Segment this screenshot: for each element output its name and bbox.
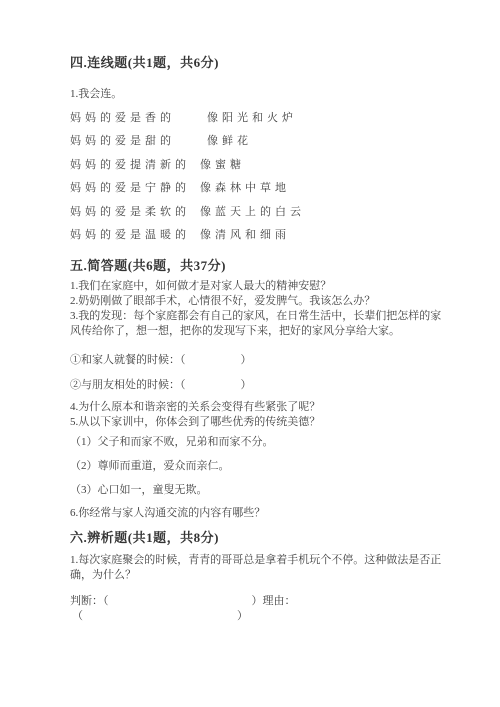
- matching-row: 妈妈的爱是宁静的 像森林中草地: [70, 181, 448, 196]
- fill-blank-1: ①和家人就餐的时候：（ ）: [70, 353, 448, 368]
- matching-row: 妈妈的爱是甜的 像鲜花: [70, 134, 448, 149]
- section6-title: 六.辨析题(共1题，共8分): [70, 531, 448, 545]
- match-right-item: 像清风和细雨: [200, 228, 448, 243]
- matching-row: 妈妈的爱是温暖的 像清风和细雨: [70, 228, 448, 243]
- section5-question-3: 3.我的发现：每个家庭都会有自己的家风，在日常生活中，长辈们把怎样的家风传给你了…: [70, 309, 448, 339]
- matching-row: 妈妈的爱是柔软的 像蓝天上的白云: [70, 205, 448, 220]
- family-motto-3: （3）心口如一，童叟无欺。: [70, 483, 448, 498]
- section4-intro: 1.我会连。: [70, 87, 448, 102]
- reason-blank: （ ）: [70, 609, 448, 624]
- judgement-blank: 判断：（ ）理由：: [70, 594, 448, 609]
- match-right-item: 像鲜花: [200, 134, 448, 149]
- matching-row: 妈妈的爱是香的 像阳光和火炉: [70, 111, 448, 126]
- family-motto-1: （1）父子和而家不败，兄弟和而家不分。: [70, 435, 448, 450]
- match-right-item: 像蓝天上的白云: [200, 205, 448, 220]
- section5-question-1: 1.我们在家庭中，如何做才是对家人最大的精神安慰？: [70, 279, 448, 294]
- section6-question-1: 1.每次家庭聚会的时候，青青的哥哥总是拿着手机玩个不停。这种做法是否正确，为什么…: [70, 553, 448, 583]
- family-motto-2: （2）尊师而重道，爱众而亲仁。: [70, 459, 448, 474]
- section5-question-5: 5.从以下家训中，你体会到了哪些优秀的传统美德？: [70, 415, 448, 430]
- match-right-item: 像蜜糖: [200, 158, 448, 173]
- match-right-item: 像森林中草地: [200, 181, 448, 196]
- match-left-item: 妈妈的爱是柔软的: [70, 205, 200, 220]
- section4-title: 四.连线题(共1题，共6分): [70, 56, 448, 70]
- worksheet-page: 四.连线题(共1题，共6分) 1.我会连。 妈妈的爱是香的 像阳光和火炉 妈妈的…: [0, 0, 500, 707]
- section5-question-6: 6.你经常与家人沟通交流的内容有哪些？: [70, 506, 448, 521]
- section5-title: 五.简答题(共6题，共37分): [70, 259, 448, 273]
- match-left-item: 妈妈的爱是宁静的: [70, 181, 200, 196]
- fill-blank-2: ②与朋友相处的时候：（ ）: [70, 378, 448, 393]
- match-left-item: 妈妈的爱是温暖的: [70, 228, 200, 243]
- match-left-item: 妈妈的爱提清新的: [70, 158, 200, 173]
- section5-question-2: 2.奶奶刚做了眼部手术，心情很不好，爱发脾气。我该怎么办？: [70, 294, 448, 309]
- section5-question-4: 4.为什么原本和谐亲密的关系会变得有些紧张了呢？: [70, 400, 448, 415]
- worksheet-content: 四.连线题(共1题，共6分) 1.我会连。 妈妈的爱是香的 像阳光和火炉 妈妈的…: [70, 56, 448, 624]
- match-right-item: 像阳光和火炉: [200, 111, 448, 126]
- match-left-item: 妈妈的爱是甜的: [70, 134, 200, 149]
- matching-table: 妈妈的爱是香的 像阳光和火炉 妈妈的爱是甜的 像鲜花 妈妈的爱提清新的 像蜜糖 …: [70, 111, 448, 244]
- matching-row: 妈妈的爱提清新的 像蜜糖: [70, 158, 448, 173]
- match-left-item: 妈妈的爱是香的: [70, 111, 200, 126]
